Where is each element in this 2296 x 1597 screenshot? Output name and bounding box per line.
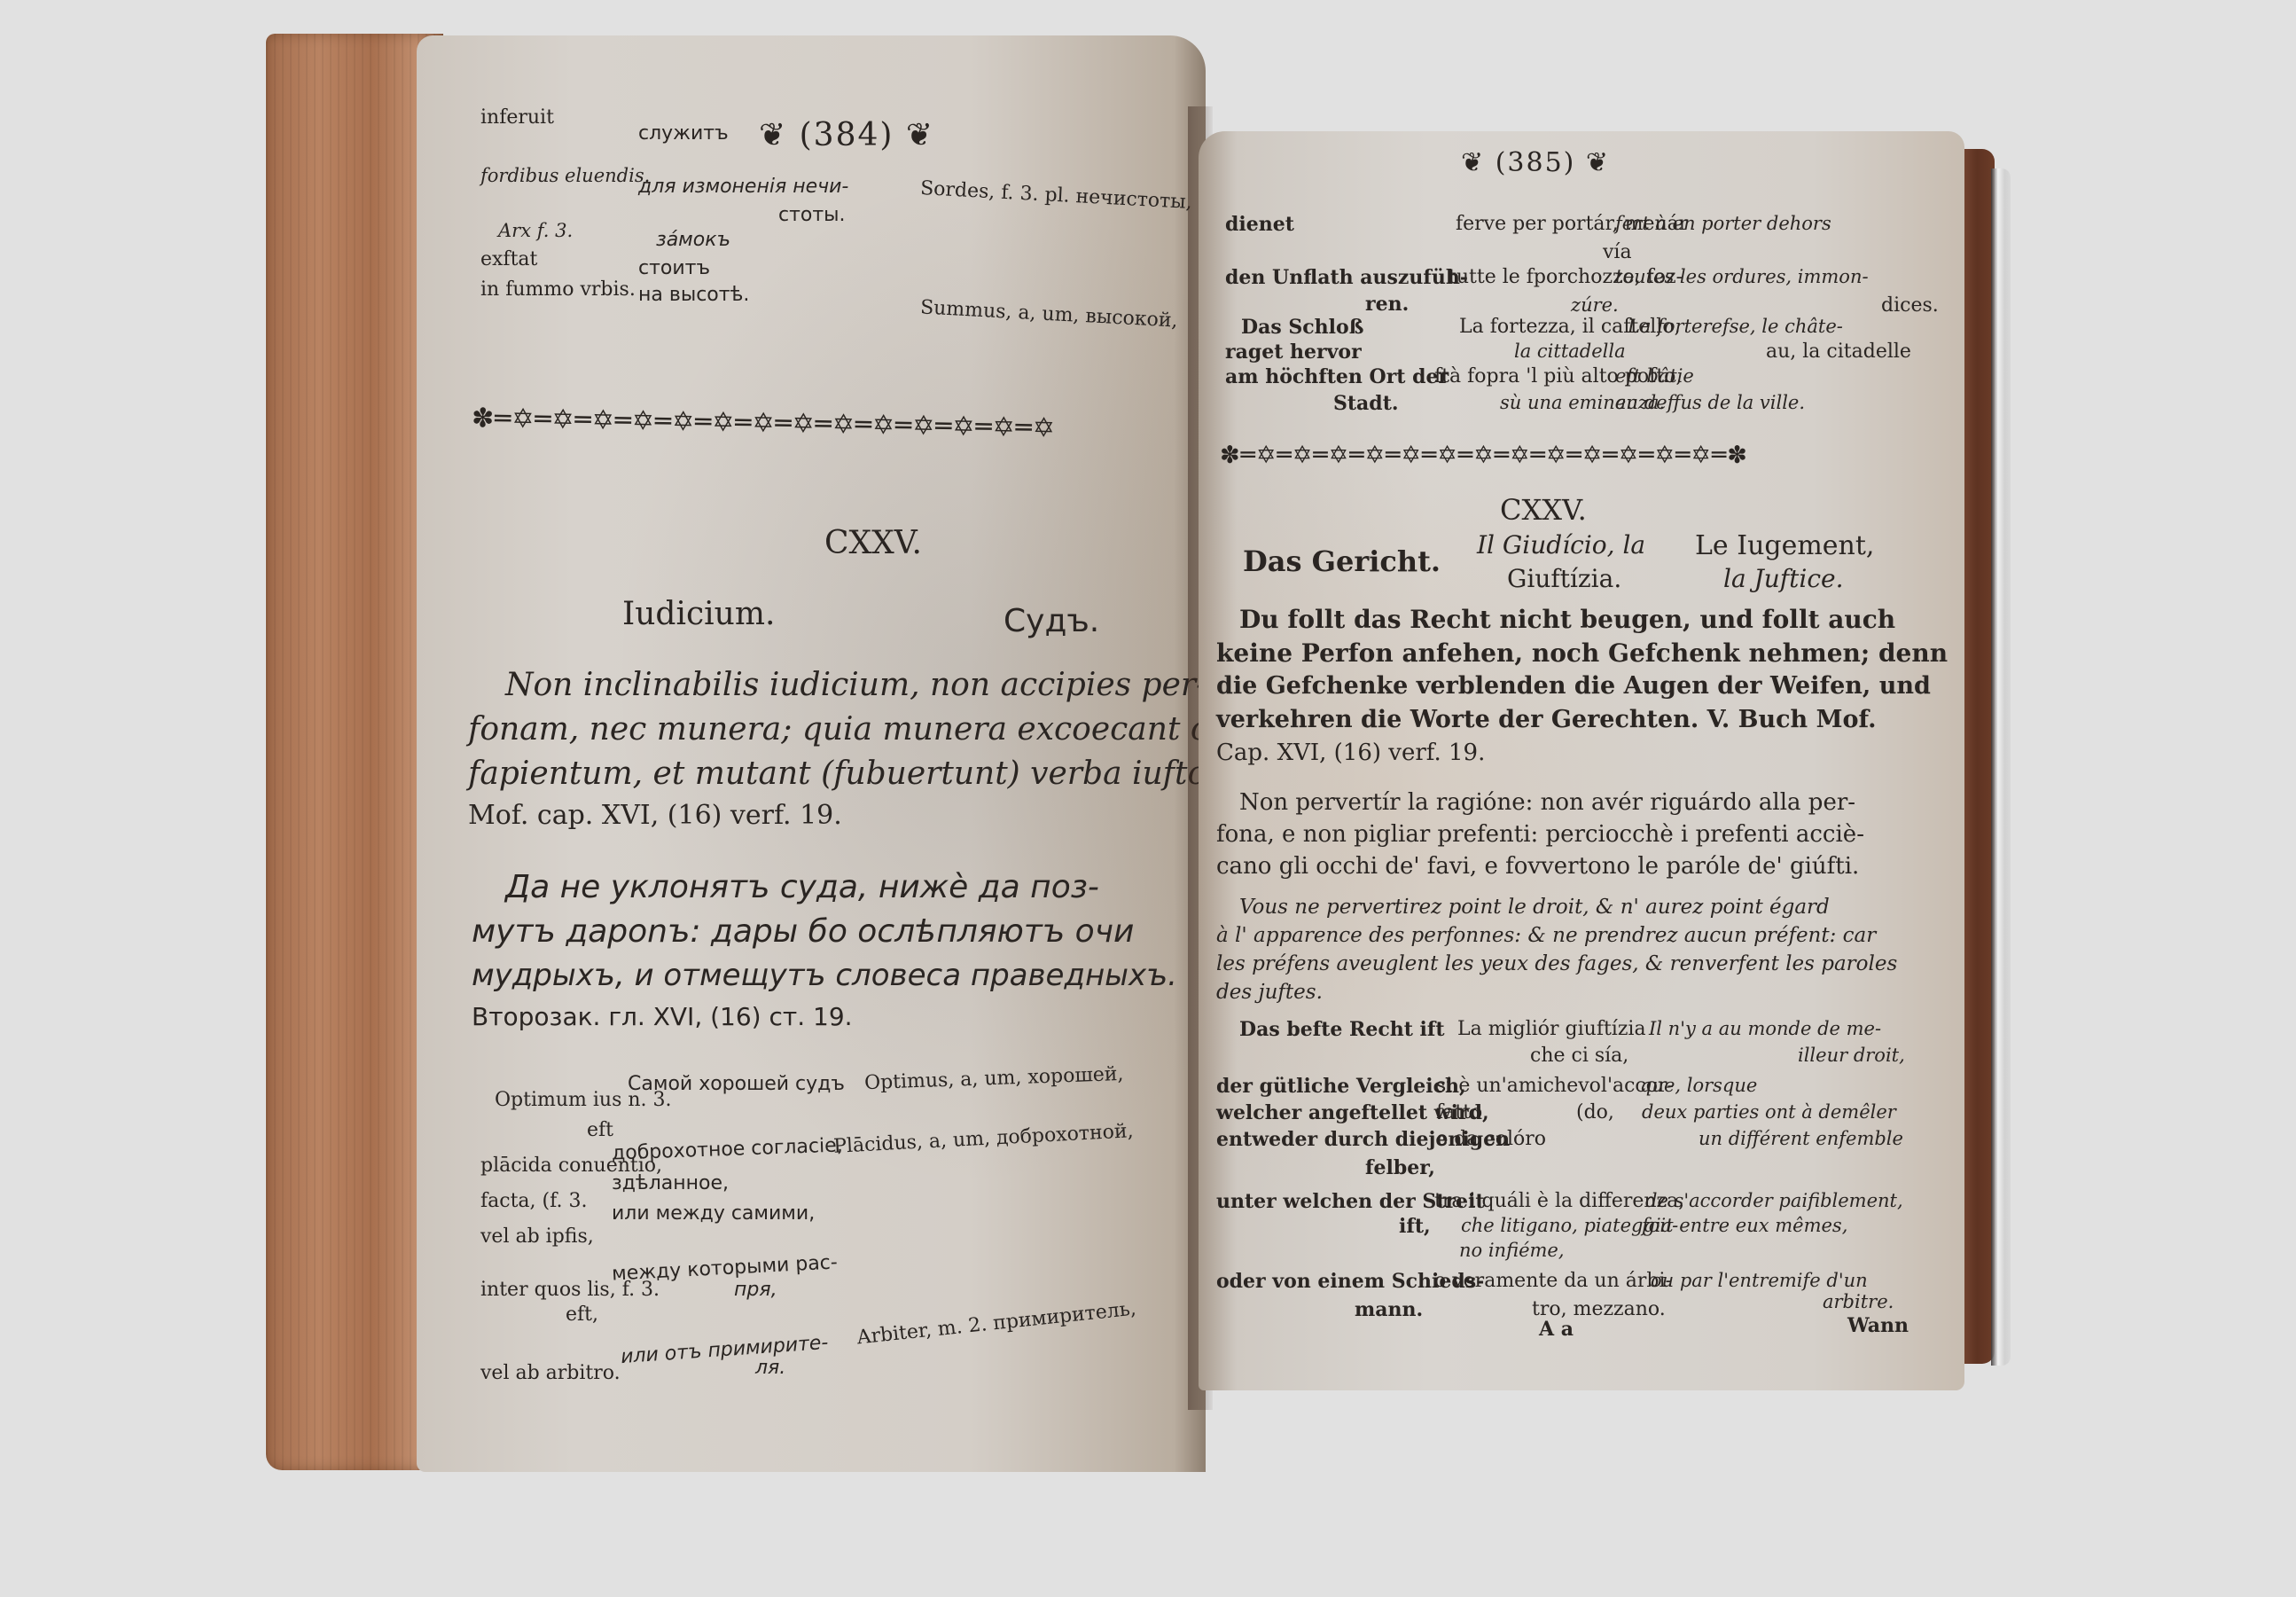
german-verse-line: keine Perfon anfehen, noch Gefchenk nehm… [1216,638,1948,668]
open-book: ❦ (384) ❦ inferuit служитъ fordibus elue… [0,0,2296,1597]
folio-ornament-icon: ❦ [906,117,934,153]
entry-italian: o da colóro [1436,1128,1546,1150]
page-number: (385) [1496,147,1576,178]
entry-german-cont: ren. [1365,293,1409,316]
entry-russian: стоитъ [638,257,710,279]
french-verse-line: des juftes. [1216,981,1323,1004]
signature-mark: A a [1539,1318,1574,1341]
latin-verse-line: fonam, nec munera; quia munera excoecant… [468,711,1206,748]
entry-french: eft bâtie [1615,365,1694,387]
ornamental-rule: ✽═✡═✡═✡═✡═✡═✡═✡═✡═✡═✡═✡═✡═✡═✡ [472,403,1056,443]
entry-german: raget hervor [1225,341,1362,364]
french-verse-line: les préfens aveuglent les yeux des fages… [1216,952,1897,975]
entry-german: den Unflath auszufüh- [1225,266,1468,289]
entry-italian-cont: vía [1603,241,1632,263]
entry-french: deux parties ont à demêler [1642,1101,1896,1123]
right-edge-shadow [1991,168,2011,1366]
entry-french: un différent enfemble [1699,1128,1903,1149]
chapter-title-german: Das Gericht. [1243,544,1441,578]
entry-german: Das befte Recht ift [1239,1018,1445,1041]
right-page-385: ❦ (385) ❦ dienet ferve per portár, menár… [1199,131,1964,1390]
entry-italian-cont: zúre. [1571,294,1619,316]
entry-latin: eft [587,1119,613,1141]
french-verse-line: Vous ne pervertirez point le droit, & n'… [1239,896,1830,919]
entry-french-cont: arbitre. [1823,1291,1894,1312]
entry-gloss: Plācidus, a, um, доброхотной, [833,1120,1135,1158]
chapter-number: CXXV. [1500,493,1587,527]
french-verse-line: à l' apparence des perfonnes: & ne prend… [1216,924,1876,947]
folio-ornament-icon: ❦ [759,117,787,153]
entry-russian: здѣланное, [612,1172,729,1194]
entry-italian: si è un'amichevol'accor- [1436,1075,1674,1097]
entry-french: Il n'y a au monde de me- [1649,1018,1881,1039]
folio-ornament-icon: ❦ [1461,147,1485,178]
entry-russian: служитъ [638,122,729,145]
latin-verse-line: fapientum, et mutant (fubuertunt) verba … [468,755,1206,792]
entry-russian: доброхотное согласіе, [612,1134,843,1164]
entry-gloss: Summus, a, um, высокой, [920,296,1179,332]
page-number: (384) [800,117,894,153]
latin-verse-line: Non inclinabilis iudicium, non accipies … [505,667,1206,703]
entry-italian-cont: (do, [1576,1101,1614,1123]
entry-german-cont: mann. [1355,1298,1423,1321]
italian-verse-line: cano gli occhi de' favi, e fovvertono le… [1216,853,1859,880]
italian-verse-line: fona, e non pigliar prefenti: perciocchè… [1216,821,1864,848]
entry-gloss: Sordes, f. 3. pl. нечистоты, [920,177,1193,214]
chapter-title-latin: Iudicium. [622,596,775,632]
entry-german-cont: felber, [1365,1156,1435,1179]
entry-italian: o veramente da un árbi- [1434,1270,1672,1292]
entry-french-cont: au, la citadelle [1766,341,1911,363]
entry-russian: или отъ примирите- [620,1332,829,1368]
entry-french: La forterefse, le châte- [1628,316,1843,337]
entry-latin: facta, (f. 3. [480,1190,587,1212]
entry-russian-cont: стоты. [778,204,846,226]
chapter-title-french-cont: la Juftice. [1723,564,1844,593]
entry-french-cont: dices. [1881,294,1939,317]
entry-latin: exftat [480,248,537,270]
entry-russian: для измоненія нечи- [638,176,848,198]
entry-gloss: Arbiter, m. 2. примиритель, [856,1298,1137,1350]
chapter-title-russian: Судъ. [1004,603,1099,639]
entry-italian: fatto [1436,1101,1482,1123]
entry-italian: La migliór giuftízia [1457,1018,1646,1040]
ornamental-rule: ✽═✡═✡═✡═✡═✡═✡═✡═✡═✡═✡═✡═✡═✡═✽ [1220,442,1748,469]
entry-russian: Самой хорошей судъ [628,1073,845,1095]
entry-german: der gütliche Vergleich, [1216,1075,1466,1098]
entry-german-cont: Stadt. [1333,392,1399,415]
russian-verse-line: Да не уклонятъ суда, нижѐ да поз- [505,869,1099,905]
entry-russian: на высотѣ. [638,284,749,306]
entry-italian-cont: che ci sía, [1530,1045,1628,1067]
entry-french: fert à en porter dehors [1615,213,1831,234]
entry-french: toutes les ordures, immon- [1615,266,1869,287]
russian-verse-line: мудрыхъ, и отмещутъ словеса праведныхъ. [472,958,1177,993]
entry-french: que, lorsque [1640,1075,1757,1096]
entry-latin: fordibus eluendis. [480,165,650,186]
entry-latin: inferuit [480,106,554,129]
entry-gloss: Optimus, a, um, хорошей, [864,1063,1124,1094]
italian-title-text: Il Giudício, la [1477,530,1645,560]
entry-french: ou par l'entremife d'un [1651,1270,1868,1291]
entry-russian: между которыми рас- [612,1251,839,1285]
german-verse-line: verkehren die Worte der Gerechten. V. Bu… [1216,706,1877,733]
entry-german: dienet [1225,213,1294,236]
chapter-title-italian: Il Giudício, la [1477,530,1645,560]
latin-verse-citation: Mof. cap. XVI, (16) verf. 19. [468,800,842,831]
catchword: Wann [1847,1314,1909,1337]
folio-ornament-icon: ❦ [1586,147,1610,178]
chapter-title-french: Le Iugement, [1695,530,1874,561]
chapter-number: CXXV. [824,525,922,561]
italian-verse-line: Non pervertír la ragióne: non avér riguá… [1239,789,1855,816]
entry-italian-cont: no infiéme, [1459,1240,1565,1261]
russian-verse-citation: Второзак. гл. XVI, (16) ст. 19. [472,1002,853,1031]
entry-russian: или между самими, [612,1202,815,1225]
entry-latin: Arx f. 3. [498,220,573,241]
entry-latin: eft, [566,1303,598,1326]
entry-german-cont: ift, [1399,1215,1431,1238]
entry-latin: vel ab ipfis, [480,1225,594,1248]
german-verse-line: die Gefchenke verblenden die Augen der W… [1216,672,1931,700]
entry-russian-cont: пря, [734,1279,777,1301]
right-binding-edge [1959,149,1995,1364]
entry-german: am höchften Ort der [1225,365,1449,388]
entry-latin: vel ab arbitro. [480,1362,621,1384]
entry-italian-cont: la cittadella [1514,341,1626,362]
entry-french-cont: foit entre eux mêmes, [1642,1215,1847,1236]
german-verse-citation: Cap. XVI, (16) verf. 19. [1216,740,1485,766]
entry-russian-cont: ля. [755,1357,785,1379]
entry-german: Das Schloß [1241,316,1363,339]
entry-french: de s'accorder paifiblement, [1645,1190,1903,1211]
entry-latin: in fummo vrbis. [480,278,636,301]
entry-french-cont: illeur droit, [1798,1045,1905,1066]
left-page-384: ❦ (384) ❦ inferuit служитъ fordibus elue… [417,35,1206,1472]
page-number-header: ❦ (385) ❦ [1461,147,1610,178]
chapter-title-italian-cont: Giuftízia. [1507,564,1621,593]
page-number-header: ❦ (384) ❦ [759,117,934,153]
entry-french-cont: au deffus de la ville. [1615,392,1805,413]
entry-russian: за́мокъ [656,229,730,251]
russian-verse-line: мутъ дароnъ: дары бо ослѣпляютъ очи [472,913,1134,950]
german-verse-line: Du follt das Recht nicht beugen, und fol… [1239,605,1895,634]
